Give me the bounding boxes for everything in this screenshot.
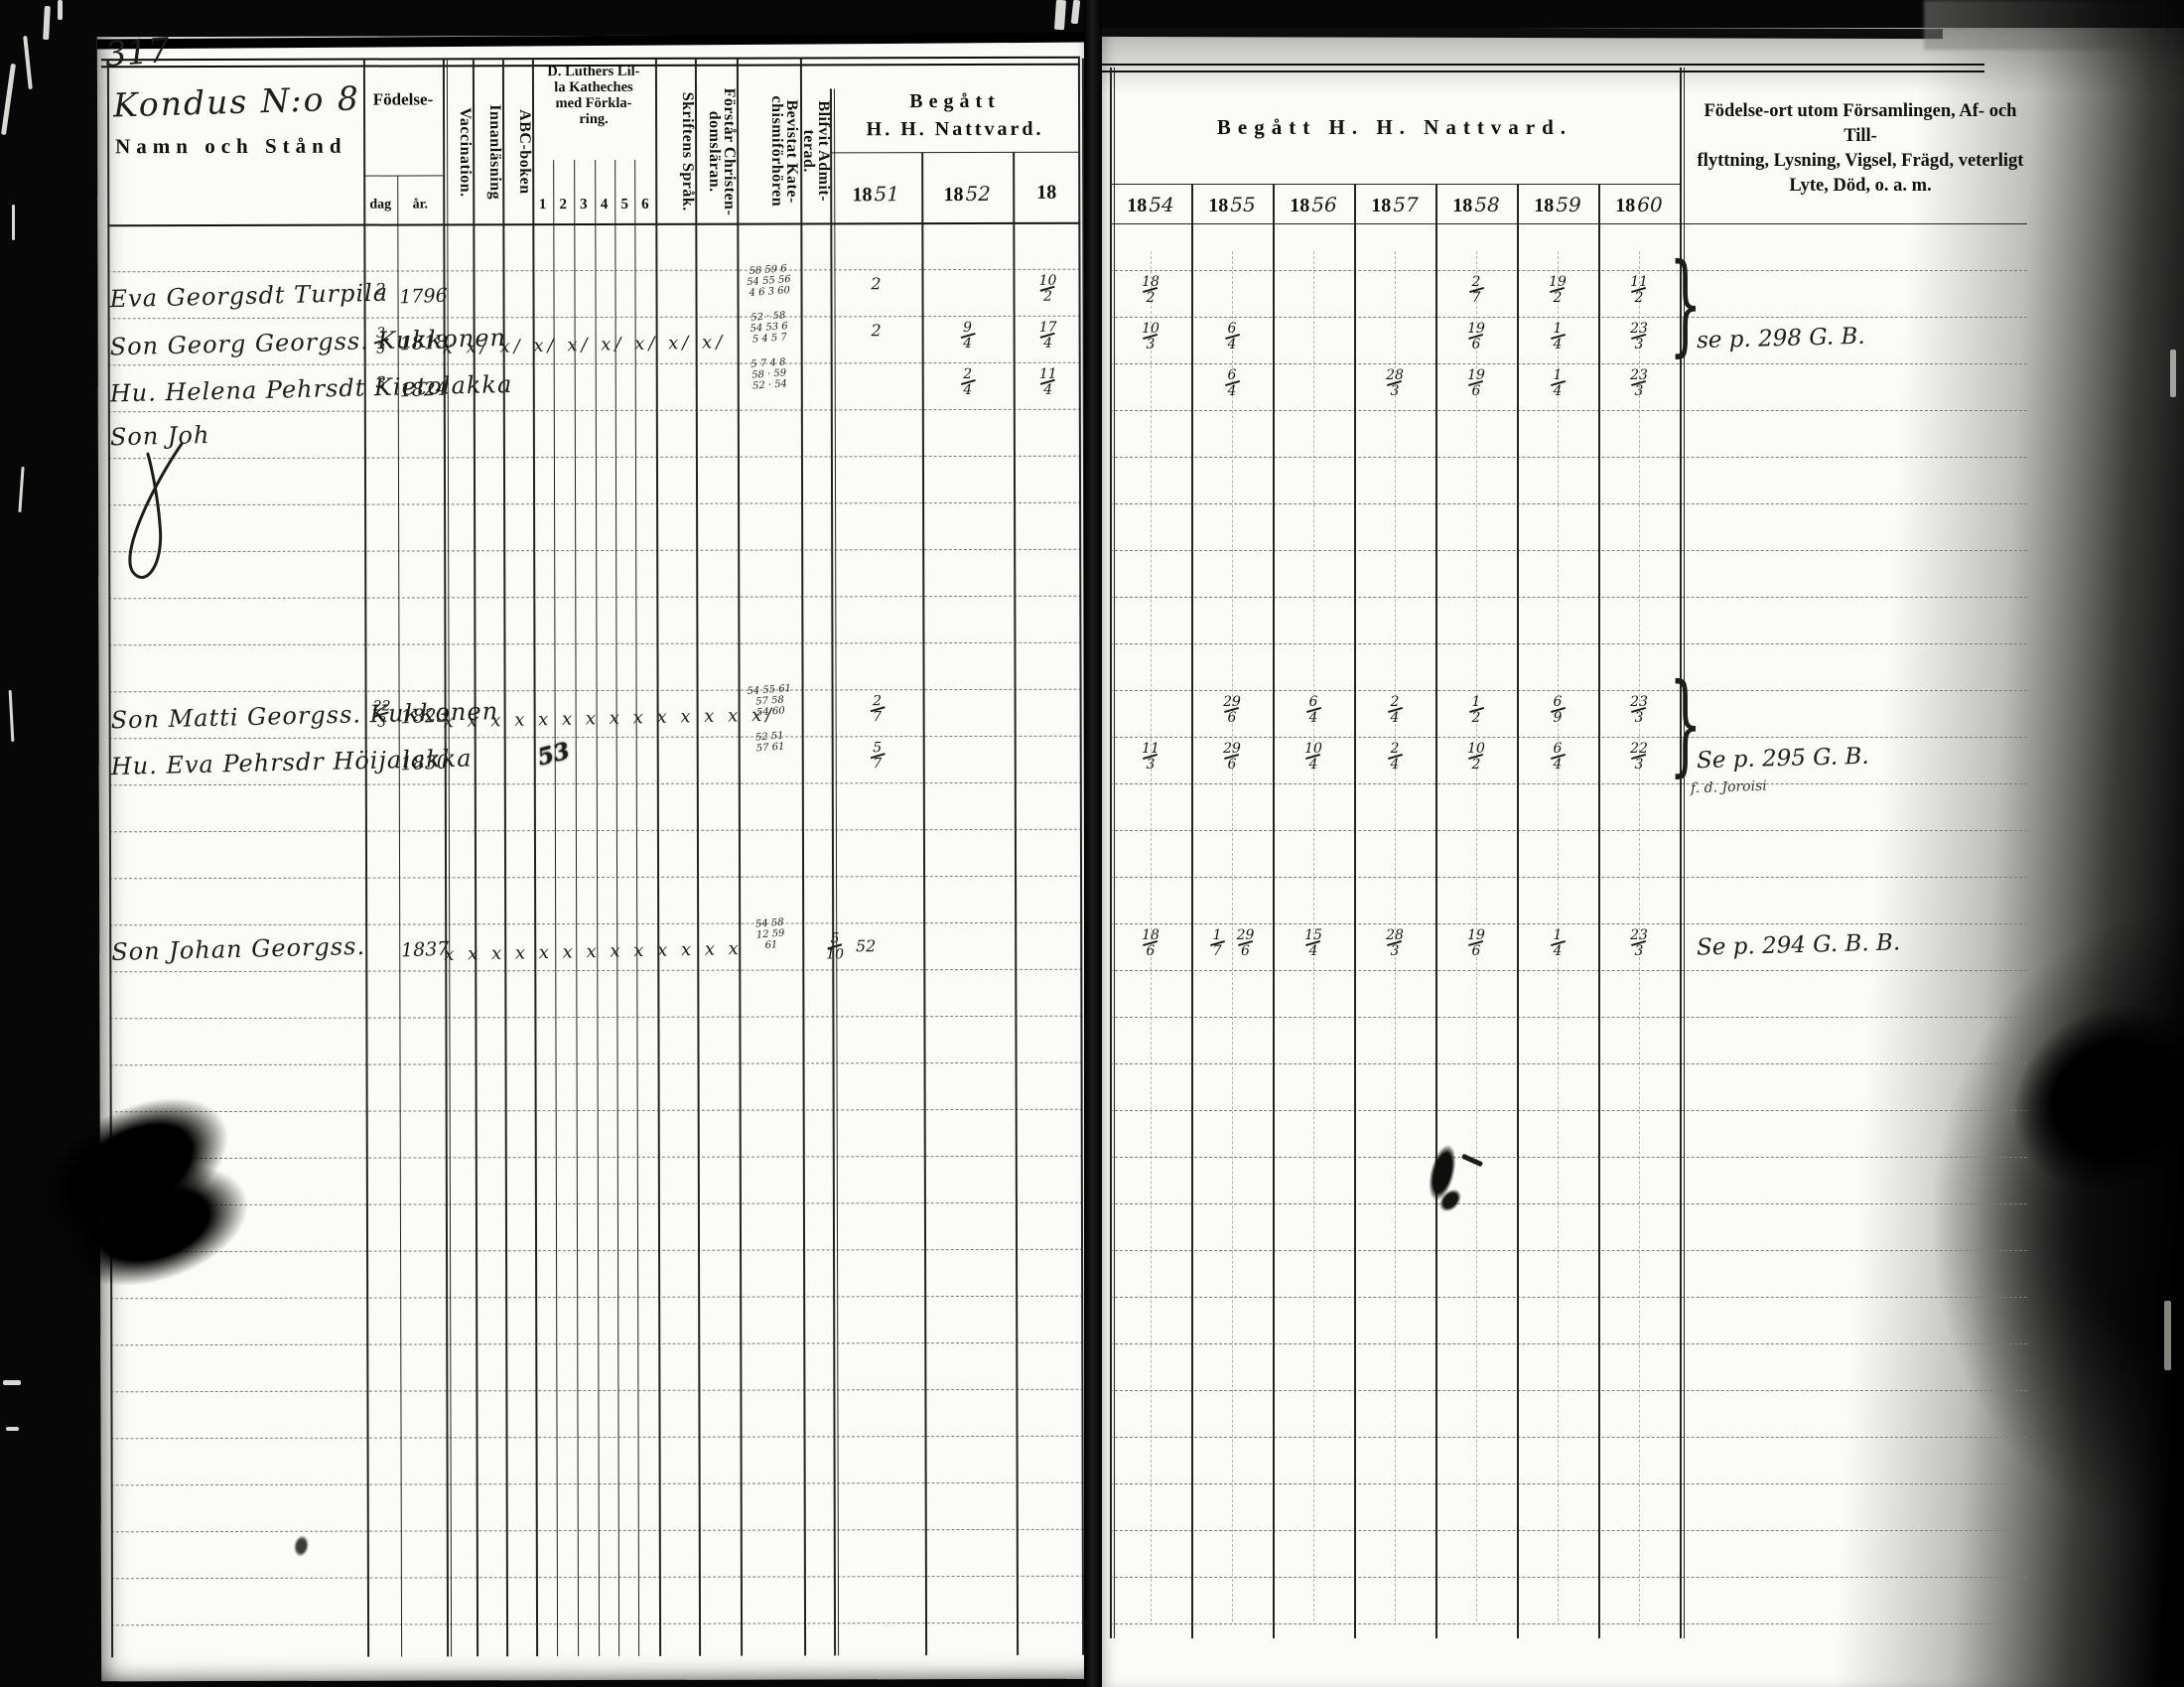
date-mark: 2 <box>375 280 385 299</box>
column-line <box>634 160 639 1656</box>
date-fraction: 12 <box>1469 695 1484 725</box>
abc-book-column-header: ABC-boken <box>503 68 532 236</box>
birth-day-label: dag <box>361 198 399 213</box>
date-fraction: 296 <box>1223 695 1241 725</box>
date-fraction: 102 <box>1467 742 1485 772</box>
ruled-line <box>109 1016 1082 1020</box>
date-fraction: 192 <box>1549 275 1567 305</box>
scan-speck <box>1 64 16 135</box>
column-line <box>1598 184 1600 1638</box>
catechism-number: 2 <box>559 197 567 213</box>
communion-header-line1: Begått <box>830 90 1080 114</box>
book-gutter <box>1084 0 1102 1687</box>
progress-marks: x x/ x/ x/ x/ x/ x/ x/ x/ <box>442 332 726 358</box>
ruled-line <box>1110 1623 2027 1624</box>
column-line <box>1273 184 1275 1638</box>
column-line <box>1517 184 1519 1638</box>
birth-year-label: år. <box>399 197 441 212</box>
ruled-line <box>1110 1063 2027 1064</box>
birth-year: 1796 <box>395 284 452 308</box>
date-fraction: 64 <box>1551 742 1566 772</box>
ruled-line <box>110 1389 1083 1393</box>
column-line <box>695 60 701 1656</box>
admitted-column-header: Blifvit Admit- terad. <box>799 67 831 235</box>
communion-date: 24 <box>1356 742 1433 772</box>
notes-column-header: Födelse-ort utom Församlingen, Af- och T… <box>1686 99 2035 199</box>
communion-year-header: 1856 <box>1274 193 1353 217</box>
ruled-line <box>1110 1017 2027 1018</box>
date-fraction: 64 <box>1225 322 1240 351</box>
ruled-line <box>108 642 1081 646</box>
ruled-line <box>108 502 1081 506</box>
ruled-line <box>1110 970 2027 971</box>
pen-flourish <box>112 440 241 589</box>
ruled-line <box>109 736 1082 740</box>
communion-date: 196 <box>1437 368 1515 398</box>
ruled-line <box>1110 1157 2027 1158</box>
catechism-number: 3 <box>580 197 588 213</box>
ruled-line <box>1110 1110 2027 1111</box>
communion-date: 64 <box>1519 742 1596 772</box>
communion-date: 114 <box>1014 367 1083 397</box>
vaccination-column-header: Vaccination. <box>444 68 473 236</box>
communion-date: 233 <box>1600 322 1678 351</box>
page-top-edge <box>1099 27 1943 39</box>
communion-date: 64 <box>1193 322 1271 351</box>
date-mark: 2 <box>871 321 881 340</box>
catechism-number: 6 <box>641 197 649 213</box>
scanned-ledger-page: 317 Kondus N:o 8 Namn och Stånd Födelse-… <box>0 0 2184 1687</box>
communion-year-header: 1855 <box>1192 193 1272 217</box>
ruled-line <box>1110 1483 2027 1484</box>
communion-date: 223 <box>1600 742 1678 772</box>
ruled-line <box>110 1202 1083 1206</box>
ruled-line <box>1110 363 2027 364</box>
household-title: Kondus N:o 8 <box>112 78 360 124</box>
ink-smudge: 53 <box>535 738 573 772</box>
margin-note-secondary: f. d. Joroisi <box>1691 778 1767 797</box>
ruled-line <box>1110 783 2027 784</box>
communion-header: Begått H. H. Nattvard. <box>1110 115 1680 140</box>
communion-date: 24 <box>1356 695 1433 725</box>
date-mark: 52 <box>856 937 876 956</box>
ruled-line <box>109 689 1082 693</box>
ruled-line <box>1110 737 2027 738</box>
communion-date: 192 <box>1519 275 1596 305</box>
date-fraction: 24 <box>1388 742 1403 772</box>
page-number: 317 <box>104 31 172 75</box>
date-fraction: 24 <box>1388 695 1403 725</box>
date-fraction: 196 <box>1467 368 1485 398</box>
date-fraction: 233 <box>1630 695 1648 725</box>
date-fraction: 64 <box>1225 368 1240 398</box>
date-fraction: 57 <box>870 741 885 771</box>
ruled-line <box>108 362 1081 366</box>
communion-year-rule <box>1110 184 1680 185</box>
top-double-rule <box>1101 64 1984 72</box>
ruled-line <box>1110 1437 2027 1438</box>
date-fraction: 24 <box>960 367 975 397</box>
ruled-line <box>111 1622 1084 1626</box>
scan-speck <box>23 36 33 89</box>
exam-notes: 52 51 57 61 <box>740 729 800 755</box>
communion-date: 196 <box>1437 322 1515 351</box>
date-fraction: 174 <box>1039 321 1057 351</box>
communion-date: 283 <box>1356 368 1433 398</box>
communion-date: 233 <box>1600 368 1678 398</box>
column-line <box>614 160 619 1656</box>
date-fraction: 196 <box>1467 928 1485 958</box>
column-line <box>553 160 558 1656</box>
date-fraction: 14 <box>1551 368 1566 398</box>
communion-date: 233 <box>1600 928 1678 958</box>
header-bottom-rule <box>1110 223 2027 224</box>
date-mark: 2 <box>871 274 881 293</box>
ruled-line <box>1110 1577 2027 1578</box>
ruled-line <box>1110 690 2027 691</box>
ruled-line <box>1110 830 2027 831</box>
ruled-line <box>111 1576 1084 1580</box>
communion-date: 17296 <box>1193 928 1271 958</box>
ruled-line <box>1110 1390 2027 1391</box>
exam-notes: 58 59 6 54 55 56 4 6 3 60 <box>738 262 799 299</box>
name-column-header: Namn och Stånd <box>115 134 346 160</box>
column-line <box>800 59 806 1655</box>
communion-date: 2 <box>841 274 910 293</box>
reading-column-header: Innanläsning <box>474 68 502 236</box>
column-line <box>595 160 600 1656</box>
date-fraction: 186 <box>1142 928 1160 958</box>
communion-year-header: 1859 <box>1518 193 1597 217</box>
date-fraction: 296 <box>1223 742 1241 772</box>
date-fraction: 196 <box>1467 322 1485 351</box>
scan-speck <box>9 690 15 742</box>
ruled-line <box>110 1062 1083 1066</box>
birth-year: 1830 <box>396 751 453 774</box>
communion-year-rule <box>830 152 1080 154</box>
column-line <box>1435 184 1437 1638</box>
ruled-line <box>1110 1530 2027 1531</box>
communion-date: 14 <box>1519 368 1596 398</box>
exam-notes: 5 7 4 8 58 · 59 52 · 54 <box>739 355 800 392</box>
ruled-line <box>1110 1297 2027 1298</box>
communion-year-header: 1854 <box>1111 193 1190 217</box>
page-tab <box>1054 0 1066 30</box>
exam-notes: 52 · 58 54 53 6 5 4 5 7 <box>738 309 799 346</box>
communion-year-header: 1860 <box>1599 193 1679 217</box>
column-line <box>473 60 478 1656</box>
page-left: 317 Kondus N:o 8 Namn och Stånd Födelse-… <box>97 35 1089 1682</box>
communion-date: 283 <box>1356 928 1433 958</box>
exam-notes: 54 55 61 57 58 54 60 <box>739 682 800 719</box>
scan-speck <box>2170 350 2176 397</box>
column-line <box>574 160 579 1656</box>
page-right: Begått H. H. Nattvard. Födelse-ort utom … <box>1099 28 2184 1687</box>
ruled-line <box>1110 270 2027 271</box>
ruled-line <box>109 876 1082 880</box>
communion-header-line2: H. H. Nattvard. <box>830 118 1080 142</box>
communion-date: 14 <box>1519 928 1596 958</box>
scan-speck <box>58 0 63 20</box>
communion-date: 174 <box>1014 321 1083 351</box>
ruled-line <box>111 1482 1084 1486</box>
communion-date: 103 <box>1112 322 1189 351</box>
understands-column-header: Förstår Christen- domsläran. <box>696 68 737 236</box>
communion-date: 296 <box>1193 695 1271 725</box>
ruled-line <box>111 1436 1084 1440</box>
page-top-edge <box>97 33 1085 50</box>
communion-date: 2 <box>842 321 911 340</box>
communion-date: 113 <box>1112 742 1189 772</box>
date-fraction: 104 <box>1304 742 1322 772</box>
scan-speck <box>2164 1301 2171 1370</box>
date-fraction: 154 <box>1304 928 1322 958</box>
scan-texture <box>1924 0 2184 50</box>
ruled-line <box>110 1249 1083 1253</box>
communion-date: 94 <box>933 321 1003 351</box>
birth-column-header: Födelse- <box>361 89 445 109</box>
scan-speck <box>6 1427 19 1431</box>
column-line <box>1354 184 1356 1638</box>
communion-year-header: 18 <box>1003 182 1092 205</box>
communion-date: 102 <box>1013 274 1082 304</box>
catechism-number: 4 <box>601 197 609 213</box>
date-fraction: 182 <box>1142 275 1160 305</box>
column-line <box>921 152 926 1655</box>
communion-date: 154 <box>1275 928 1352 958</box>
birth-year: 1824 <box>395 377 452 401</box>
communion-date: 12 <box>1437 695 1515 725</box>
ruled-line <box>110 1109 1083 1113</box>
communion-date: 104 <box>1275 742 1352 772</box>
date-fraction: 223 <box>373 700 391 730</box>
communion-date: 102 <box>1437 742 1515 772</box>
communion-date: 196 <box>1437 928 1515 958</box>
date-fraction: 17 <box>1210 928 1225 958</box>
scan-speck <box>3 1380 21 1385</box>
communion-date: 57 <box>843 741 912 771</box>
ruled-line <box>109 829 1082 833</box>
entry-name: Eva Georgsdt Turpila <box>109 279 388 314</box>
communion-date: 64 <box>1193 368 1271 398</box>
date-fraction: 296 <box>1237 928 1255 958</box>
margin-note: se p. 298 G. B. <box>1697 324 1865 353</box>
page-tab <box>1071 0 1080 24</box>
date-fraction: 223 <box>1630 742 1648 772</box>
communion-date: 233 <box>1600 695 1678 725</box>
date-fraction: 64 <box>1306 695 1321 725</box>
date-fraction: 113 <box>1142 742 1160 772</box>
date-fraction: 103 <box>1142 322 1160 351</box>
margin-note: Se p. 295 G. B. <box>1697 744 1869 774</box>
date-fraction: 114 <box>1039 367 1057 397</box>
date-fraction: 14 <box>1551 322 1566 351</box>
communion-date: 186 <box>1112 928 1189 958</box>
communion-date: 182 <box>1112 275 1189 305</box>
communion-date: 64 <box>1275 695 1352 725</box>
ruled-line <box>111 1529 1084 1533</box>
date-mark: 3 <box>376 373 386 392</box>
admitted-note: 51052 <box>806 931 895 961</box>
margin-note: Se p. 294 G. B. B. <box>1697 929 1901 960</box>
ruled-line <box>1110 877 2027 878</box>
date-fraction: 27 <box>870 694 885 724</box>
date-fraction: 102 <box>1039 274 1057 304</box>
ruled-line <box>108 316 1081 320</box>
scripture-column-header: Skriftens Språk. <box>656 68 695 236</box>
communion-year-header: 1851 <box>831 182 920 207</box>
ruled-line <box>1110 550 2027 551</box>
exams-column-header: Bevistat Kate- chismiförhören <box>738 67 799 235</box>
ruled-line <box>1110 643 2027 644</box>
birth-subheader-rule <box>363 175 443 176</box>
catechism-number: 1 <box>539 197 547 213</box>
ruled-line <box>108 409 1081 413</box>
ruled-line <box>1110 410 2027 411</box>
ruled-line <box>1110 1250 2027 1251</box>
ruled-line <box>107 269 1080 273</box>
ruled-line <box>110 1156 1083 1160</box>
ruled-line <box>109 782 1082 786</box>
communion-date: 27 <box>843 694 912 724</box>
communion-date: 69 <box>1519 695 1596 725</box>
ruled-line <box>1110 597 2027 598</box>
exam-notes: 54 58 12 59 61 <box>740 915 801 952</box>
date-fraction: 233 <box>1630 368 1648 398</box>
date-fraction: 283 <box>1386 368 1404 398</box>
catechism-number: 5 <box>620 197 628 213</box>
entry-name: Son Johan Georgss. <box>111 932 365 966</box>
ruled-line <box>1110 317 2027 318</box>
column-line <box>502 60 508 1656</box>
column-line <box>655 60 661 1656</box>
communion-date: 296 <box>1193 742 1271 772</box>
date-fraction: 27 <box>1469 275 1484 305</box>
scan-speck <box>43 6 51 40</box>
date-fraction: 94 <box>960 321 975 351</box>
date-fraction: 69 <box>1551 695 1566 725</box>
column-line <box>532 60 538 1656</box>
communion-year-header: 1852 <box>922 182 1012 207</box>
ruled-line <box>108 456 1081 460</box>
ruled-line <box>1110 1203 2027 1204</box>
scan-speck <box>18 467 24 512</box>
communion-date: 27 <box>1437 275 1515 305</box>
date-fraction: 510 <box>826 931 844 961</box>
date-fraction: 33 <box>373 327 388 356</box>
date-fraction: 233 <box>1630 322 1648 351</box>
date-fraction: 283 <box>1386 928 1404 958</box>
date-fraction: 112 <box>1630 275 1648 305</box>
communion-date: 24 <box>933 367 1003 397</box>
scan-speck <box>12 205 15 240</box>
entry-name: Hu. Helena Pehrsdt Kietolakka <box>109 370 512 408</box>
ruled-line <box>1110 923 2027 924</box>
ruled-line <box>1110 1343 2027 1344</box>
date-fraction: 14 <box>1551 928 1566 958</box>
date-fraction: 233 <box>1630 928 1648 958</box>
communion-year-header: 1858 <box>1436 193 1516 217</box>
column-line <box>1191 184 1193 1638</box>
communion-date: 14 <box>1519 322 1596 351</box>
communion-date: 112 <box>1600 275 1678 305</box>
ruled-line <box>1110 457 2027 458</box>
catechism-column-header: D. Luthers Lil- la Katheches med Förkla-… <box>532 64 655 127</box>
ruled-line <box>1110 503 2027 504</box>
communion-year-header: 1857 <box>1355 193 1434 217</box>
